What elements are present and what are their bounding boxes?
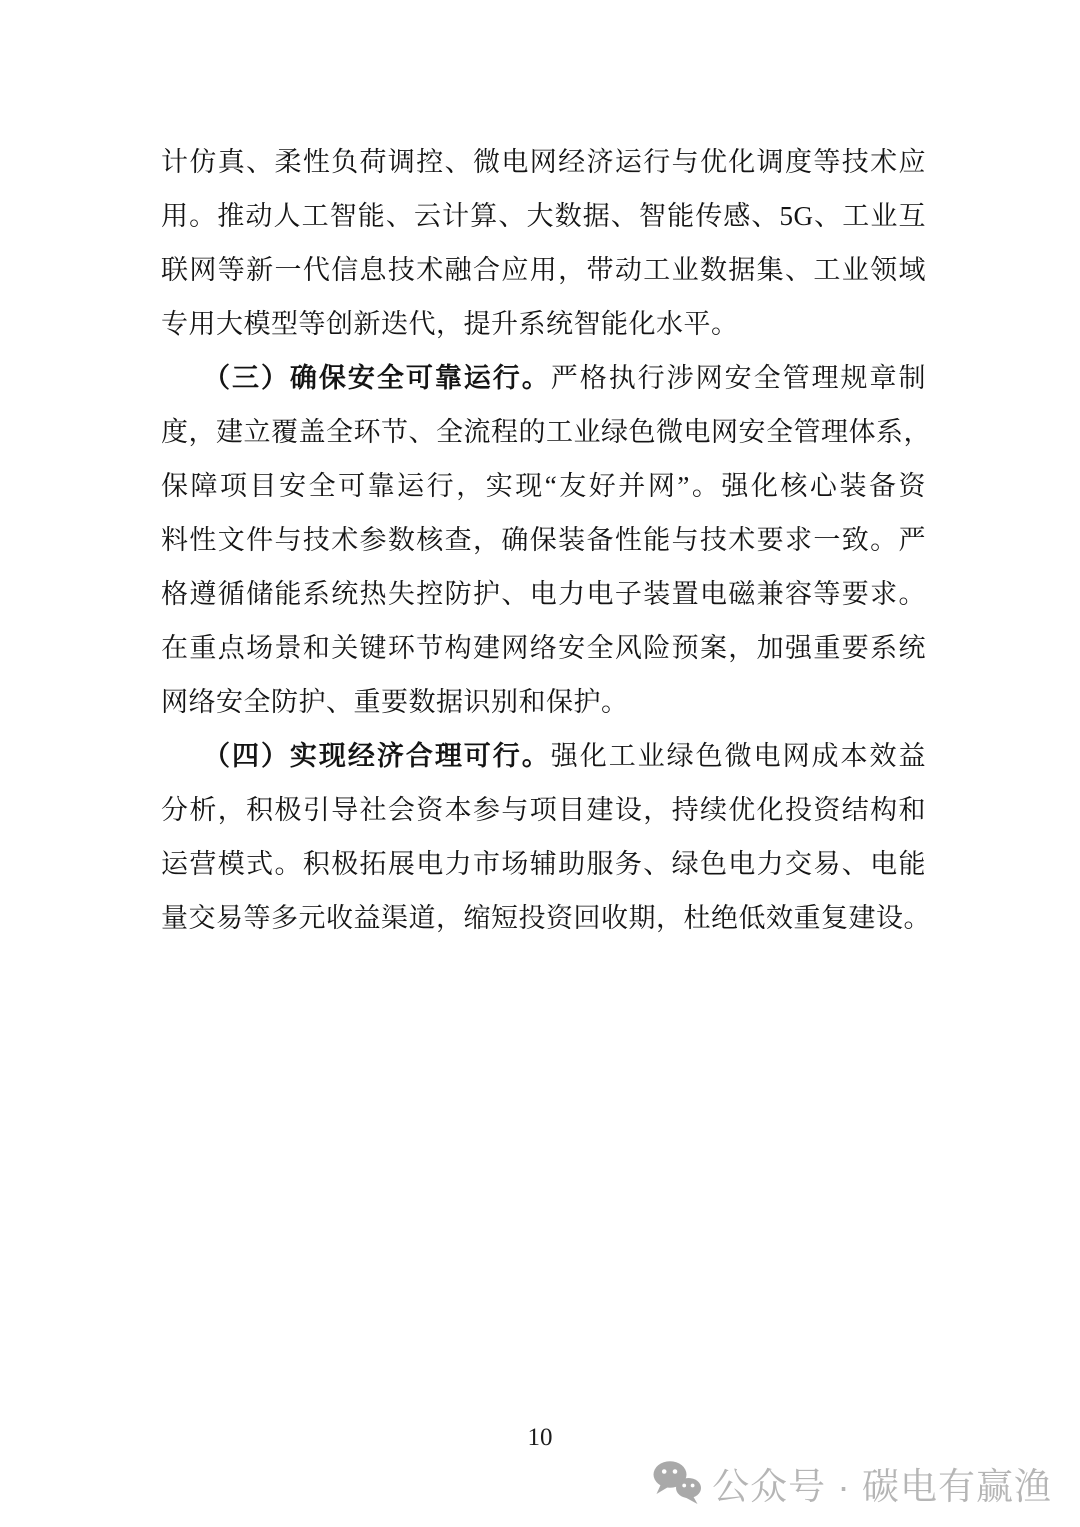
text-line: 分析，积极引导社会资本参与项目建设，持续优化投资结构和	[161, 783, 926, 837]
text-line: 量交易等多元收益渠道，缩短投资回收期，杜绝低效重复建设。	[161, 891, 926, 945]
text-line: 用。推动人工智能、云计算、大数据、智能传感、5G、工业互	[161, 189, 926, 243]
paragraph-section-4: （四）实现经济合理可行。强化工业绿色微电网成本效益 分析，积极引导社会资本参与项…	[161, 729, 926, 945]
page-number: 10	[0, 1424, 1080, 1452]
watermark-label: 公众号 · 碳电有赢渔	[712, 1456, 1052, 1510]
text-line: 联网等新一代信息技术融合应用，带动工业数据集、工业领域	[161, 243, 926, 297]
section-4-heading: （四）实现经济合理可行。	[203, 741, 551, 771]
text-run: 严格执行涉网安全管理规章制	[551, 363, 926, 393]
text-line: 料性文件与技术参数核查，确保装备性能与技术要求一致。严	[161, 513, 926, 567]
paragraph-section-3: （三）确保安全可靠运行。严格执行涉网安全管理规章制 度，建立覆盖全环节、全流程的…	[161, 351, 926, 729]
text-line: （四）实现经济合理可行。强化工业绿色微电网成本效益	[161, 729, 926, 783]
text-line: 度，建立覆盖全环节、全流程的工业绿色微电网安全管理体系，	[161, 405, 926, 459]
section-3-heading: （三）确保安全可靠运行。	[203, 363, 551, 393]
body-text: 计仿真、柔性负荷调控、微电网经济运行与优化调度等技术应 用。推动人工智能、云计算…	[161, 135, 926, 945]
text-line: （三）确保安全可靠运行。严格执行涉网安全管理规章制	[161, 351, 926, 405]
text-line: 格遵循储能系统热失控防护、电力电子装置电磁兼容等要求。	[161, 567, 926, 621]
text-line: 专用大模型等创新迭代，提升系统智能化水平。	[161, 297, 926, 351]
text-run: 强化工业绿色微电网成本效益	[551, 741, 926, 771]
paragraph-continuation: 计仿真、柔性负荷调控、微电网经济运行与优化调度等技术应 用。推动人工智能、云计算…	[161, 135, 926, 351]
document-page: 计仿真、柔性负荷调控、微电网经济运行与优化调度等技术应 用。推动人工智能、云计算…	[0, 0, 1080, 1527]
text-line: 在重点场景和关键环节构建网络安全风险预案，加强重要系统	[161, 621, 926, 675]
text-line: 运营模式。积极拓展电力市场辅助服务、绿色电力交易、电能	[161, 837, 926, 891]
wechat-icon	[652, 1461, 702, 1505]
text-line: 计仿真、柔性负荷调控、微电网经济运行与优化调度等技术应	[161, 135, 926, 189]
watermark: 公众号 · 碳电有赢渔	[652, 1456, 1052, 1510]
text-line: 保障项目安全可靠运行，实现“友好并网”。强化核心装备资	[161, 459, 926, 513]
text-line: 网络安全防护、重要数据识别和保护。	[161, 675, 926, 729]
